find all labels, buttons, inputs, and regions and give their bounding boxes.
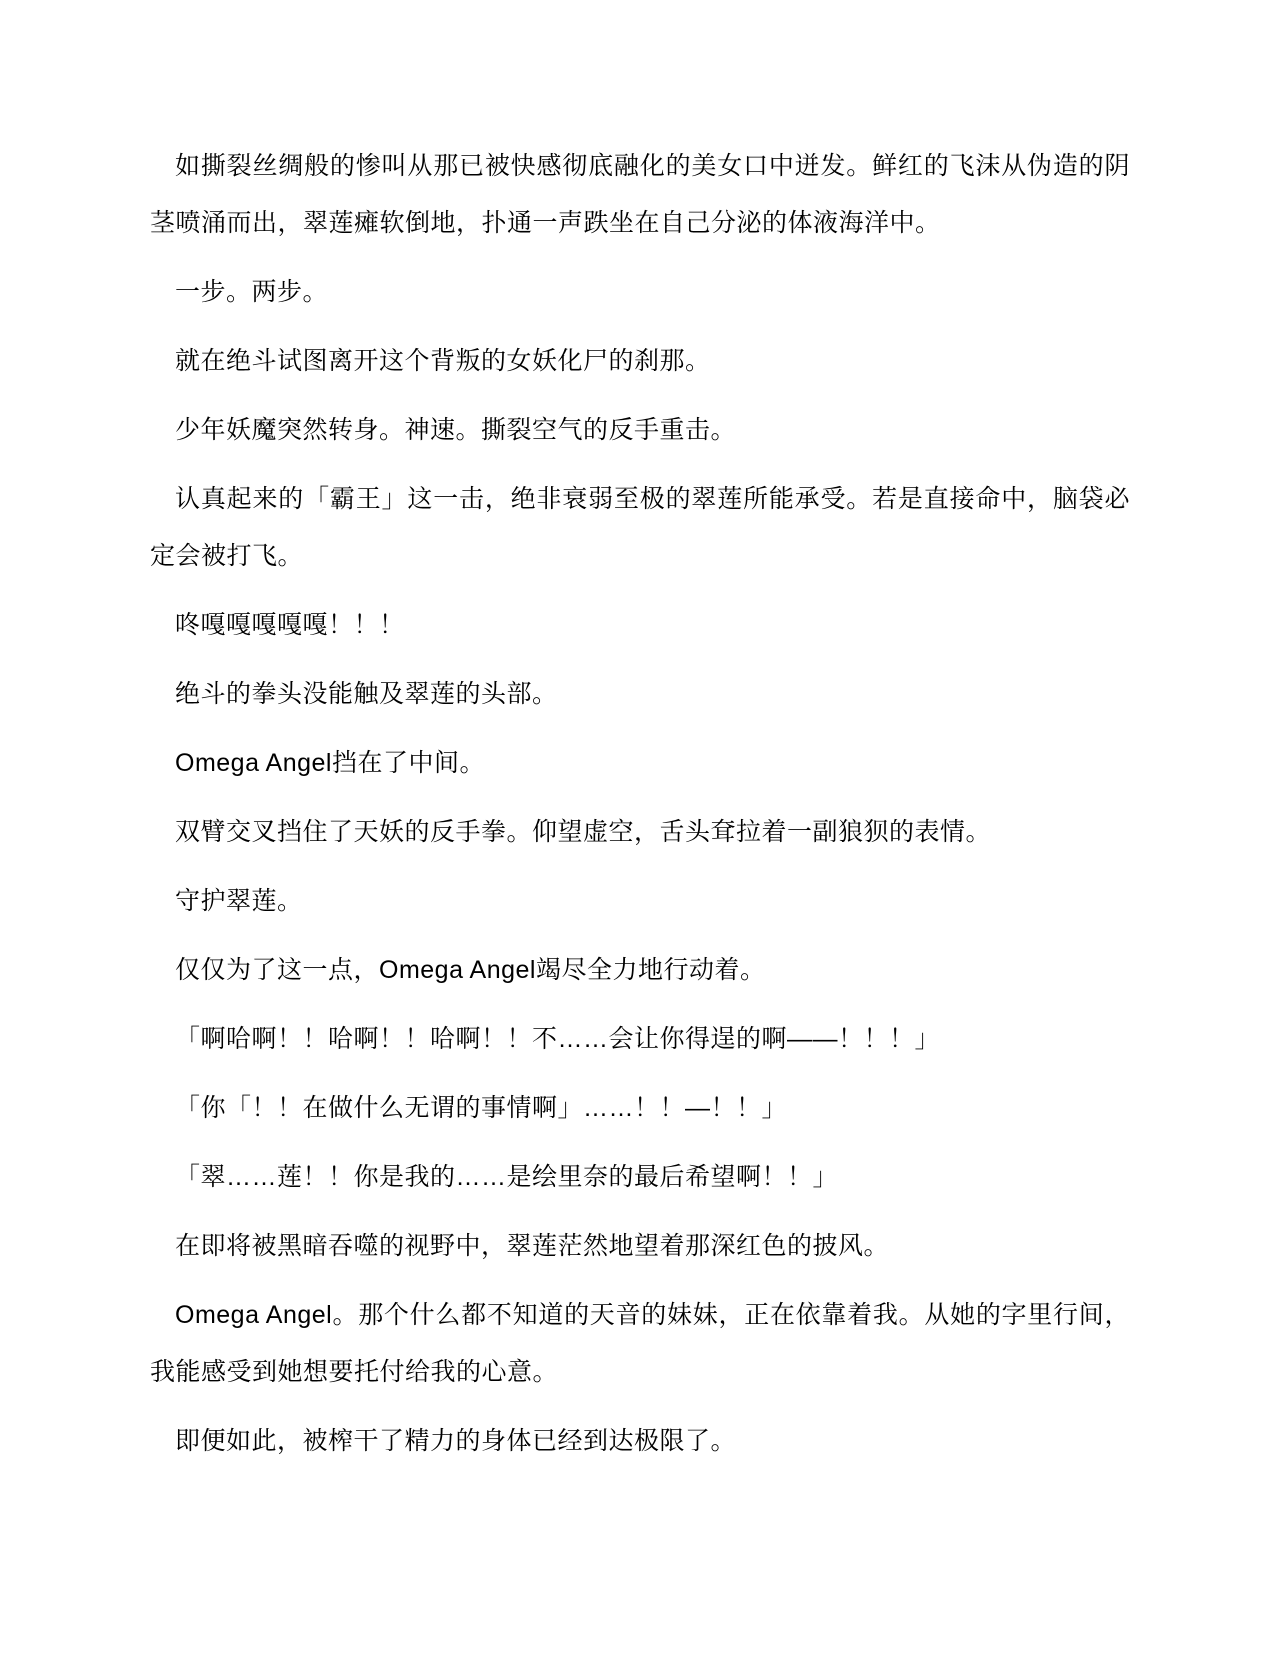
paragraph: Omega Angel。那个什么都不知道的天音的妹妹，正在依靠着我。从她的字里行…	[150, 1287, 1130, 1401]
paragraph: 咚嘎嘎嘎嘎嘎！！！	[150, 597, 1130, 654]
paragraph: 绝斗的拳头没能触及翠莲的头部。	[150, 666, 1130, 723]
paragraph: 「你「！！在做什么无谓的事情啊」……！！—！！」	[150, 1080, 1130, 1137]
paragraph-container: 如撕裂丝绸般的惨叫从那已被快感彻底融化的美女口中迸发。鲜红的飞沫从伪造的阴茎喷涌…	[150, 138, 1130, 1470]
paragraph: 就在绝斗试图离开这个背叛的女妖化尸的刹那。	[150, 333, 1130, 390]
paragraph: 一步。两步。	[150, 264, 1130, 321]
paragraph: 认真起来的「霸王」这一击，绝非衰弱至极的翠莲所能承受。若是直接命中，脑袋必定会被…	[150, 471, 1130, 585]
paragraph: 在即将被黑暗吞噬的视野中，翠莲茫然地望着那深红色的披风。	[150, 1218, 1130, 1275]
paragraph: Omega Angel挡在了中间。	[150, 735, 1130, 792]
paragraph: 如撕裂丝绸般的惨叫从那已被快感彻底融化的美女口中迸发。鲜红的飞沫从伪造的阴茎喷涌…	[150, 138, 1130, 252]
paragraph: 「啊哈啊！！哈啊！！哈啊！！不……会让你得逞的啊——！！！」	[150, 1011, 1130, 1068]
paragraph: 双臂交叉挡住了天妖的反手拳。仰望虚空，舌头耷拉着一副狼狈的表情。	[150, 804, 1130, 861]
paragraph: 守护翠莲。	[150, 873, 1130, 930]
paragraph: 仅仅为了这一点，Omega Angel竭尽全力地行动着。	[150, 942, 1130, 999]
document-page: 如撕裂丝绸般的惨叫从那已被快感彻底融化的美女口中迸发。鲜红的飞沫从伪造的阴茎喷涌…	[0, 0, 1280, 1656]
paragraph: 即便如此，被榨干了精力的身体已经到达极限了。	[150, 1413, 1130, 1470]
paragraph: 「翠……莲！！你是我的……是绘里奈的最后希望啊！！」	[150, 1149, 1130, 1206]
paragraph: 少年妖魔突然转身。神速。撕裂空气的反手重击。	[150, 402, 1130, 459]
